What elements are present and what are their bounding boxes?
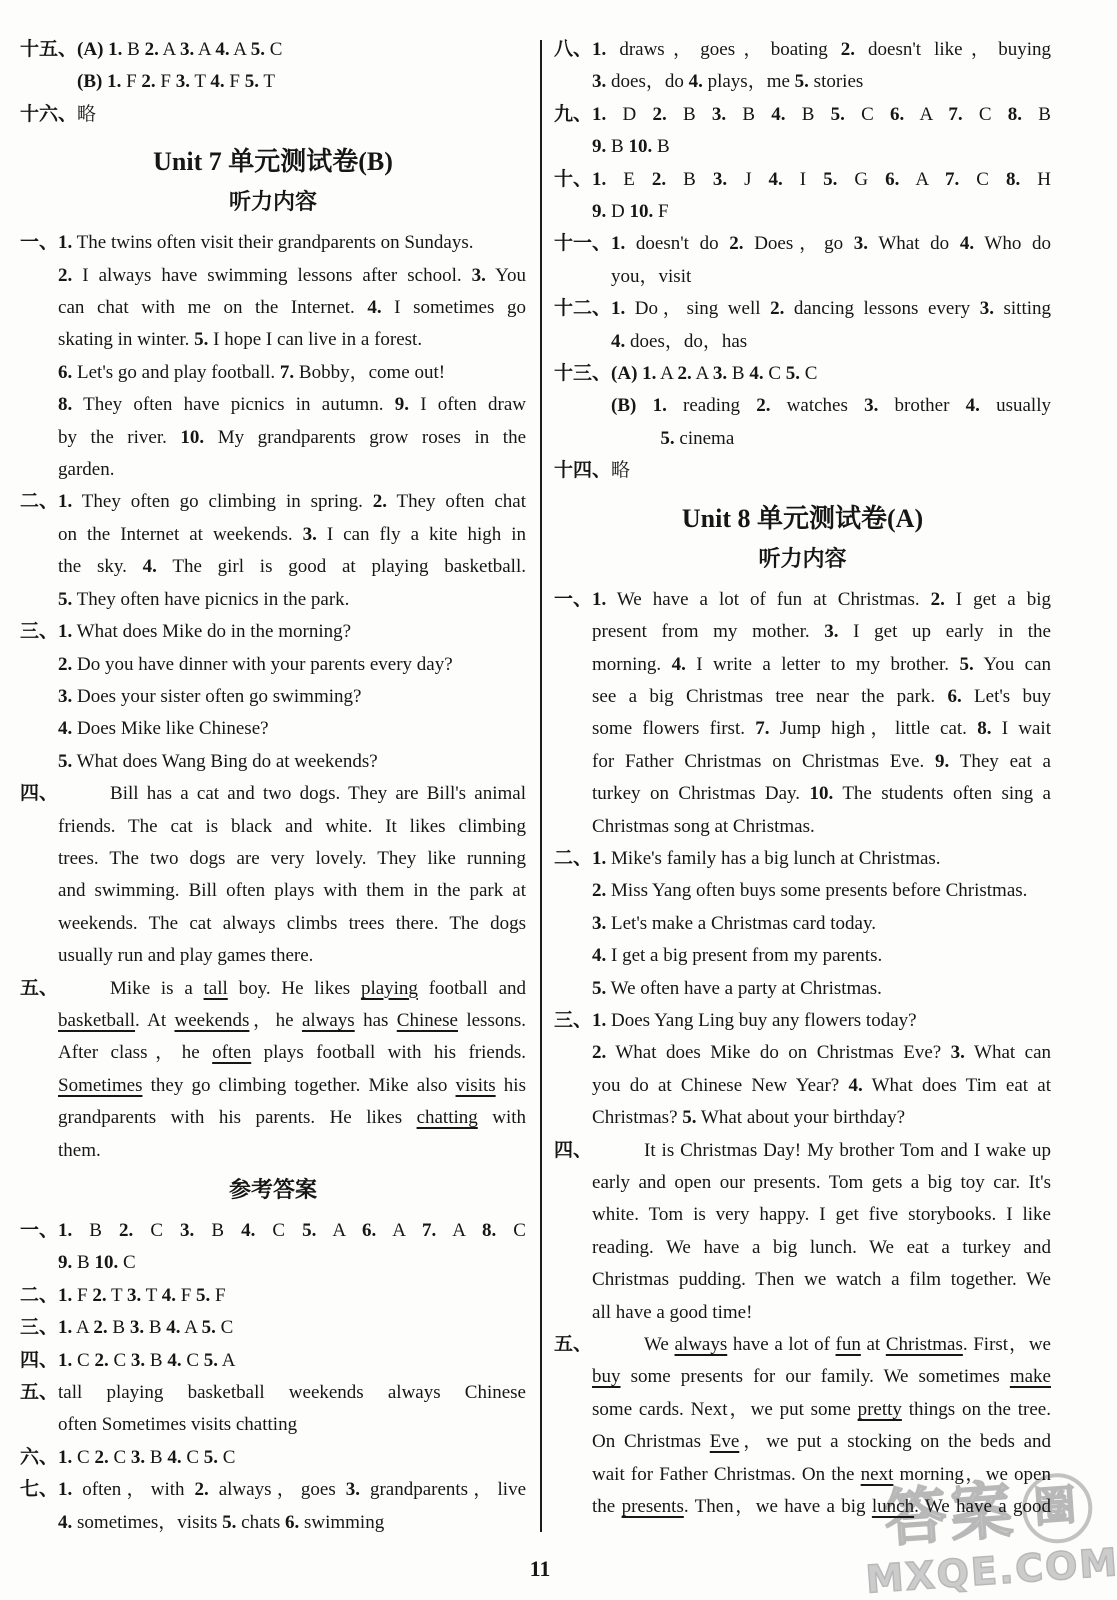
item-body: 1. C 2. C 3. B 4. C 5. C bbox=[58, 1442, 526, 1474]
answer-item: 七、1. often，with 2. always，goes 3. grandp… bbox=[20, 1474, 526, 1539]
text-line: 2. Miss Yang often buys some presents be… bbox=[592, 875, 1051, 907]
item-marker: 十、 bbox=[554, 164, 592, 196]
text-line: 4. Does Mike like Chinese? bbox=[58, 713, 526, 745]
text-line: turkey on Christmas Day. 10. The student… bbox=[592, 778, 1051, 810]
text-line: and swimming. Bill often plays with them… bbox=[58, 875, 526, 907]
text-line: 5. What does Wang Bing do at weekends? bbox=[58, 746, 526, 778]
text-line: 9. B 10. B bbox=[592, 131, 1051, 163]
text-line: see a big Christmas tree near the park. … bbox=[592, 681, 1051, 713]
answer-item: 二、1. Mike's family has a big lunch at Ch… bbox=[554, 843, 1051, 1005]
text-line: all have a good time! bbox=[592, 1297, 1051, 1329]
item-marker: 五、 bbox=[20, 973, 58, 1005]
item-marker: 八、 bbox=[554, 34, 592, 66]
text-line: 1. B 2. C 3. B 4. C 5. A 6. A 7. A 8. C bbox=[58, 1215, 526, 1247]
item-marker: 十六、 bbox=[20, 99, 77, 131]
text-line: white. Tom is very happy. I get five sto… bbox=[592, 1199, 1051, 1231]
item-body: 1. F 2. T 3. T 4. F 5. F bbox=[58, 1280, 526, 1312]
item-marker: 五、 bbox=[20, 1377, 58, 1409]
item-body: (A) 1. A 2. A 3. B 4. C 5. C(B) 1. readi… bbox=[611, 358, 1051, 455]
item-marker: 三、 bbox=[554, 1005, 592, 1037]
text-line: It is Christmas Day! My brother Tom and … bbox=[592, 1135, 1051, 1167]
text-line: 1. The twins often visit their grandpare… bbox=[58, 227, 526, 259]
item-body: 1. The twins often visit their grandpare… bbox=[58, 227, 526, 486]
column-divider bbox=[540, 40, 542, 1532]
answer-item: 十三、(A) 1. A 2. A 3. B 4. C 5. C(B) 1. re… bbox=[554, 358, 1051, 455]
answer-item: 十五、(A) 1. B 2. A 3. A 4. A 5. C(B) 1. F … bbox=[20, 34, 526, 99]
text-line: some cards. Next，we put some pretty thin… bbox=[592, 1394, 1051, 1426]
text-line: 1. draws，goes，boating 2. doesn't like，bu… bbox=[592, 34, 1051, 66]
text-line: by the river. 10. My grandparents grow r… bbox=[58, 422, 526, 454]
text-line: basketball. At weekends，he always has Ch… bbox=[58, 1005, 526, 1037]
text-line: 3. does，do 4. plays，me 5. stories bbox=[592, 66, 1051, 98]
item-body: Mike is a tall boy. He likes playing foo… bbox=[58, 973, 526, 1167]
answer-item: 五、We always have a lot of fun at Christm… bbox=[554, 1329, 1051, 1523]
item-body: 1. D 2. B 3. B 4. B 5. C 6. A 7. C 8. B9… bbox=[592, 99, 1051, 164]
text-line: 1. F 2. T 3. T 4. F 5. F bbox=[58, 1280, 526, 1312]
text-line: Christmas? 5. What about your birthday? bbox=[592, 1102, 1051, 1134]
item-body: It is Christmas Day! My brother Tom and … bbox=[592, 1135, 1051, 1329]
text-line: Sometimes they go climbing together. Mik… bbox=[58, 1070, 526, 1102]
text-line: skating in winter. 5. I hope I can live … bbox=[58, 324, 526, 356]
text-line: some flowers first. 7. Jump high，little … bbox=[592, 713, 1051, 745]
item-marker: 四、 bbox=[20, 778, 58, 810]
item-marker: 十三、 bbox=[554, 358, 611, 390]
text-line: 1. What does Mike do in the morning? bbox=[58, 616, 526, 648]
text-line: 9. D 10. F bbox=[592, 196, 1051, 228]
item-body: 1. They often go climbing in spring. 2. … bbox=[58, 486, 526, 616]
text-line: 8. They often have picnics in autumn. 9.… bbox=[58, 389, 526, 421]
text-line: you do at Chinese New Year? 4. What does… bbox=[592, 1070, 1051, 1102]
text-line: grandparents with his parents. He likes … bbox=[58, 1102, 526, 1134]
item-marker: 一、 bbox=[20, 1215, 58, 1247]
text-line: the presents. Then，we have a big lunch. … bbox=[592, 1491, 1051, 1523]
answer-item: 二、1. F 2. T 3. T 4. F 5. F bbox=[20, 1280, 526, 1312]
text-line: (A) 1. B 2. A 3. A 4. A 5. C bbox=[77, 34, 526, 66]
item-body: Bill has a cat and two dogs. They are Bi… bbox=[58, 778, 526, 972]
item-marker: 九、 bbox=[554, 99, 592, 131]
section-heading: 听力内容 bbox=[20, 187, 526, 217]
text-line: On Christmas Eve，we put a stocking on th… bbox=[592, 1426, 1051, 1458]
text-line: for Father Christmas on Christmas Eve. 9… bbox=[592, 746, 1051, 778]
unit-heading: Unit 7 单元测试卷(B) bbox=[20, 145, 526, 179]
section-heading: 参考答案 bbox=[20, 1175, 526, 1205]
text-line: 1. They often go climbing in spring. 2. … bbox=[58, 486, 526, 518]
item-marker: 七、 bbox=[20, 1474, 58, 1506]
text-line: Christmas song at Christmas. bbox=[592, 811, 1051, 843]
text-line: 1. D 2. B 3. B 4. B 5. C 6. A 7. C 8. B bbox=[592, 99, 1051, 131]
answer-item: 三、1. Does Yang Ling buy any flowers toda… bbox=[554, 1005, 1051, 1135]
answer-item: 十、1. E 2. B 3. J 4. I 5. G 6. A 7. C 8. … bbox=[554, 164, 1051, 229]
text-line: can chat with me on the Internet. 4. I s… bbox=[58, 292, 526, 324]
text-line: on the Internet at weekends. 3. I can fl… bbox=[58, 519, 526, 551]
answer-item: 四、Bill has a cat and two dogs. They are … bbox=[20, 778, 526, 972]
item-marker: 一、 bbox=[554, 584, 592, 616]
item-body: 1. E 2. B 3. J 4. I 5. G 6. A 7. C 8. H9… bbox=[592, 164, 1051, 229]
text-line: 4. I get a big present from my parents. bbox=[592, 940, 1051, 972]
page-number: 11 bbox=[480, 1556, 600, 1582]
answer-item: 十六、略 bbox=[20, 99, 526, 131]
item-marker: 四、 bbox=[20, 1345, 58, 1377]
answer-key-page: 答案圈 MXQE.COM 十五、(A) 1. B 2. A 3. A 4. A … bbox=[0, 0, 1117, 1600]
content-columns: 十五、(A) 1. B 2. A 3. A 4. A 5. C(B) 1. F … bbox=[0, 0, 1117, 1539]
text-line: (B) 1. reading 2. watches 3. brother 4. … bbox=[611, 390, 1051, 422]
text-line: 3. Does your sister often go swimming? bbox=[58, 681, 526, 713]
text-line: 1. Does Yang Ling buy any flowers today? bbox=[592, 1005, 1051, 1037]
text-line: weekends. The cat always climbs trees th… bbox=[58, 908, 526, 940]
text-line: garden. bbox=[58, 454, 526, 486]
text-line: usually run and play games there. bbox=[58, 940, 526, 972]
text-line: 2. Do you have dinner with your parents … bbox=[58, 649, 526, 681]
text-line: After class，he often plays football with… bbox=[58, 1037, 526, 1069]
item-marker: 三、 bbox=[20, 1312, 58, 1344]
answer-item: 四、It is Christmas Day! My brother Tom an… bbox=[554, 1135, 1051, 1329]
text-line: We always have a lot of fun at Christmas… bbox=[592, 1329, 1051, 1361]
item-marker: 十一、 bbox=[554, 228, 611, 260]
text-line: Bill has a cat and two dogs. They are Bi… bbox=[58, 778, 526, 810]
answer-item: 三、1. A 2. B 3. B 4. A 5. C bbox=[20, 1312, 526, 1344]
item-body: 1. Do，sing well 2. dancing lessons every… bbox=[611, 293, 1051, 358]
text-line: Mike is a tall boy. He likes playing foo… bbox=[58, 973, 526, 1005]
text-line: 3. Let's make a Christmas card today. bbox=[592, 908, 1051, 940]
item-marker: 五、 bbox=[554, 1329, 592, 1361]
text-line: present from my mother. 3. I get up earl… bbox=[592, 616, 1051, 648]
item-body: 1. What does Mike do in the morning?2. D… bbox=[58, 616, 526, 778]
item-marker: 二、 bbox=[554, 843, 592, 875]
item-marker: 四、 bbox=[554, 1135, 592, 1167]
text-line: 2. I always have swimming lessons after … bbox=[58, 260, 526, 292]
item-body: 1. Does Yang Ling buy any flowers today?… bbox=[592, 1005, 1051, 1135]
text-line: 1. E 2. B 3. J 4. I 5. G 6. A 7. C 8. H bbox=[592, 164, 1051, 196]
text-line: 9. B 10. C bbox=[58, 1247, 526, 1279]
text-line: buy some presents for our family. We som… bbox=[592, 1361, 1051, 1393]
answer-item: 一、1. B 2. C 3. B 4. C 5. A 6. A 7. A 8. … bbox=[20, 1215, 526, 1280]
text-line: morning. 4. I write a letter to my broth… bbox=[592, 649, 1051, 681]
text-line: (B) 1. F 2. F 3. T 4. F 5. T bbox=[77, 66, 526, 98]
answer-item: 二、1. They often go climbing in spring. 2… bbox=[20, 486, 526, 616]
text-line: 4. does，do，has bbox=[611, 326, 1051, 358]
unit-heading: Unit 8 单元测试卷(A) bbox=[554, 502, 1051, 536]
answer-item: 四、1. C 2. C 3. B 4. C 5. A bbox=[20, 1345, 526, 1377]
item-marker: 三、 bbox=[20, 616, 58, 648]
text-line: 1. A 2. B 3. B 4. A 5. C bbox=[58, 1312, 526, 1344]
item-marker: 一、 bbox=[20, 227, 58, 259]
answer-item: 五、Mike is a tall boy. He likes playing f… bbox=[20, 973, 526, 1167]
item-marker: 二、 bbox=[20, 486, 58, 518]
item-body: 1. Mike's family has a big lunch at Chri… bbox=[592, 843, 1051, 1005]
item-marker: 十五、 bbox=[20, 34, 77, 66]
item-body: We always have a lot of fun at Christmas… bbox=[592, 1329, 1051, 1523]
text-line: 6. Let's go and play football. 7. Bobby，… bbox=[58, 357, 526, 389]
text-line: 1. Do，sing well 2. dancing lessons every… bbox=[611, 293, 1051, 325]
text-line: 5. We often have a party at Christmas. bbox=[592, 973, 1051, 1005]
item-body: 1. We have a lot of fun at Christmas. 2.… bbox=[592, 584, 1051, 843]
text-line: 略 bbox=[611, 455, 1051, 487]
text-line: 5. cinema bbox=[660, 423, 1051, 455]
text-line: trees. The two dogs are very lovely. The… bbox=[58, 843, 526, 875]
answer-item: 一、1. The twins often visit their grandpa… bbox=[20, 227, 526, 486]
answer-item: 六、1. C 2. C 3. B 4. C 5. C bbox=[20, 1442, 526, 1474]
item-marker: 二、 bbox=[20, 1280, 58, 1312]
right-column: 八、1. draws，goes，boating 2. doesn't like，… bbox=[554, 34, 1051, 1523]
item-marker: 十四、 bbox=[554, 455, 611, 487]
left-column: 十五、(A) 1. B 2. A 3. A 4. A 5. C(B) 1. F … bbox=[20, 34, 526, 1539]
item-body: 1. doesn't do 2. Does，go 3. What do 4. W… bbox=[611, 228, 1051, 293]
item-body: 1. draws，goes，boating 2. doesn't like，bu… bbox=[592, 34, 1051, 99]
section-heading: 听力内容 bbox=[554, 544, 1051, 574]
answer-item: 三、1. What does Mike do in the morning?2.… bbox=[20, 616, 526, 778]
text-line: 1. C 2. C 3. B 4. C 5. C bbox=[58, 1442, 526, 1474]
text-line: 1. doesn't do 2. Does，go 3. What do 4. W… bbox=[611, 228, 1051, 260]
text-line: 5. They often have picnics in the park. bbox=[58, 584, 526, 616]
text-line: 2. What does Mike do on Christmas Eve? 3… bbox=[592, 1037, 1051, 1069]
item-marker: 十二、 bbox=[554, 293, 611, 325]
text-line: them. bbox=[58, 1135, 526, 1167]
item-body: 略 bbox=[77, 99, 526, 131]
item-body: 略 bbox=[611, 455, 1051, 487]
item-body: tall playing basketball weekends always … bbox=[58, 1377, 526, 1442]
item-body: 1. C 2. C 3. B 4. C 5. A bbox=[58, 1345, 526, 1377]
text-line: 1. Mike's family has a big lunch at Chri… bbox=[592, 843, 1051, 875]
text-line: 1. often，with 2. always，goes 3. grandpar… bbox=[58, 1474, 526, 1506]
item-body: 1. B 2. C 3. B 4. C 5. A 6. A 7. A 8. C9… bbox=[58, 1215, 526, 1280]
item-body: 1. A 2. B 3. B 4. A 5. C bbox=[58, 1312, 526, 1344]
answer-item: 十二、1. Do，sing well 2. dancing lessons ev… bbox=[554, 293, 1051, 358]
text-line: 略 bbox=[77, 99, 526, 131]
text-line: 1. We have a lot of fun at Christmas. 2.… bbox=[592, 584, 1051, 616]
text-line: 4. sometimes，visits 5. chats 6. swimming bbox=[58, 1507, 526, 1539]
watermark-site: MXQE.COM bbox=[864, 1539, 1117, 1600]
text-line: wait for Father Christmas. On the next m… bbox=[592, 1459, 1051, 1491]
answer-item: 十四、略 bbox=[554, 455, 1051, 487]
item-body: (A) 1. B 2. A 3. A 4. A 5. C(B) 1. F 2. … bbox=[77, 34, 526, 99]
text-line: tall playing basketball weekends always … bbox=[58, 1377, 526, 1409]
item-body: 1. often，with 2. always，goes 3. grandpar… bbox=[58, 1474, 526, 1539]
text-line: reading. We have a big lunch. We eat a t… bbox=[592, 1232, 1051, 1264]
item-marker: 六、 bbox=[20, 1442, 58, 1474]
answer-item: 一、1. We have a lot of fun at Christmas. … bbox=[554, 584, 1051, 843]
text-line: early and open our presents. Tom gets a … bbox=[592, 1167, 1051, 1199]
answer-item: 九、1. D 2. B 3. B 4. B 5. C 6. A 7. C 8. … bbox=[554, 99, 1051, 164]
answer-item: 五、tall playing basketball weekends alway… bbox=[20, 1377, 526, 1442]
text-line: often Sometimes visits chatting bbox=[58, 1409, 526, 1441]
text-line: 1. C 2. C 3. B 4. C 5. A bbox=[58, 1345, 526, 1377]
text-line: the sky. 4. The girl is good at playing … bbox=[58, 551, 526, 583]
answer-item: 十一、1. doesn't do 2. Does，go 3. What do 4… bbox=[554, 228, 1051, 293]
text-line: friends. The cat is black and white. It … bbox=[58, 811, 526, 843]
text-line: you，visit bbox=[611, 261, 1051, 293]
answer-item: 八、1. draws，goes，boating 2. doesn't like，… bbox=[554, 34, 1051, 99]
text-line: (A) 1. A 2. A 3. B 4. C 5. C bbox=[611, 358, 1051, 390]
text-line: Christmas pudding. Then we watch a film … bbox=[592, 1264, 1051, 1296]
